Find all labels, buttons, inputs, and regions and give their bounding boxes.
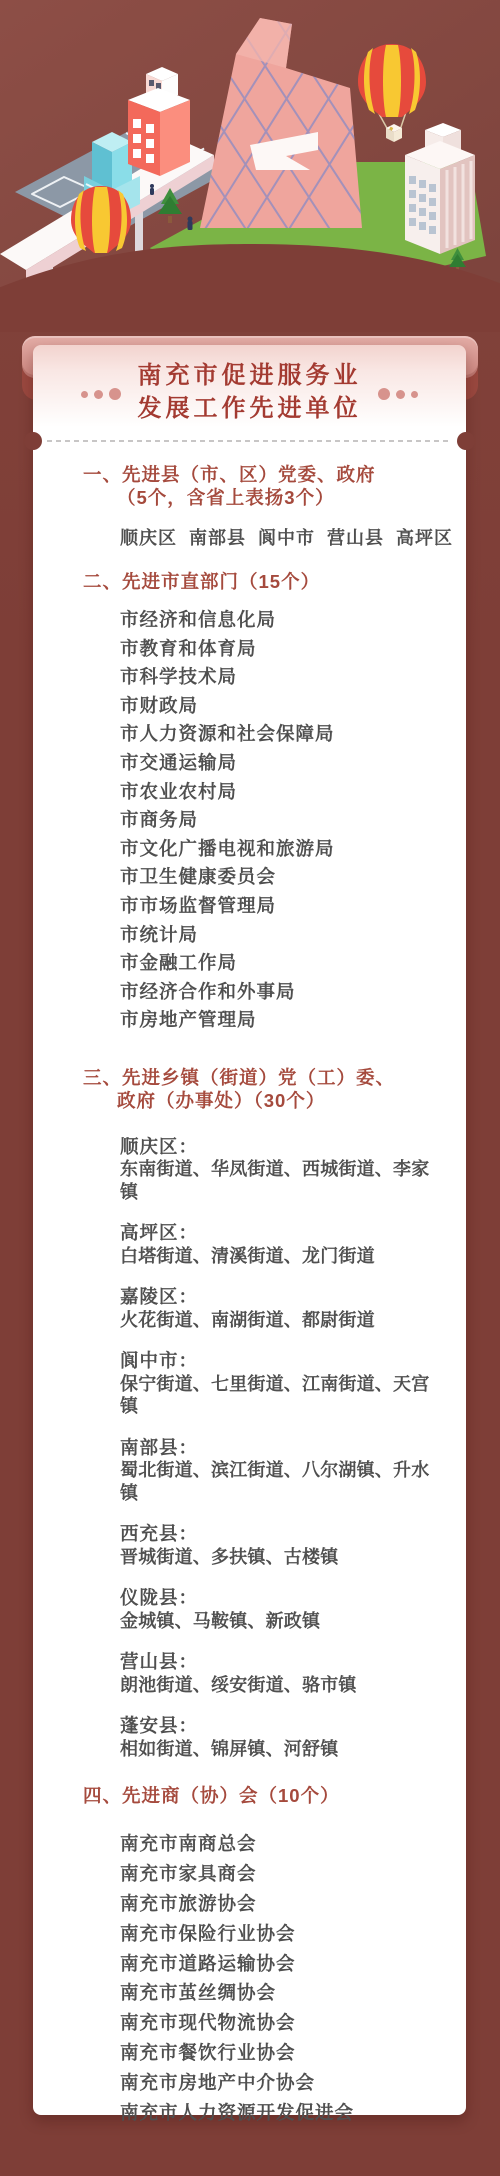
district-group: 高坪区： 白塔街道、清溪街道、龙门街道	[120, 1222, 446, 1267]
district-group: 仪陇县： 金城镇、马鞍镇、新政镇	[120, 1587, 446, 1632]
notch-right	[457, 432, 475, 450]
dot-icon	[378, 388, 390, 400]
list-item: 市财政局	[120, 692, 446, 721]
section-townships: 三、先进乡镇（街道）党（工）委、 政府（办事处）（30个） 顺庆区： 东南街道、…	[33, 1066, 466, 1761]
department-list: 市经济和信息化局 市教育和体育局 市科学技术局 市财政局 市人力资源和社会保障局…	[83, 606, 446, 1035]
perforation-divider	[47, 440, 452, 442]
deco-dots-right	[378, 388, 418, 400]
group-label: 蓬安县：	[120, 1715, 446, 1738]
poster-page: 南充市促进服务业 发展工作先进单位 一、先进县（市、区）党委、政府 （5个，含省…	[0, 0, 500, 2176]
list-item: 市教育和体育局	[120, 635, 446, 664]
list-item: 市科学技术局	[120, 663, 446, 692]
list-item: 市文化广播电视和旅游局	[120, 835, 446, 864]
association-list: 南充市南商总会 南充市家具商会 南充市旅游协会 南充市保险行业协会 南充市道路运…	[83, 1829, 446, 2127]
group-members: 东南街道、华凤街道、西城街道、李家镇	[120, 1158, 446, 1203]
group-label: 嘉陵区：	[120, 1286, 446, 1309]
list-item: 南充市道路运输协会	[120, 1949, 446, 1979]
pedestrian-2	[150, 184, 154, 195]
section-municipal-departments: 二、先进市直部门（15个） 市经济和信息化局 市教育和体育局 市科学技术局 市财…	[33, 570, 466, 1035]
group-members: 相如街道、锦屏镇、河舒镇	[120, 1738, 446, 1761]
hot-air-balloon-left	[71, 186, 131, 253]
list-item: 南充市茧丝绸协会	[120, 1978, 446, 2008]
heading-line-1: 一、先进县（市、区）党委、政府	[83, 463, 446, 486]
pedestrian	[188, 217, 193, 231]
group-members: 朗池街道、绥安街道、骆市镇	[120, 1674, 446, 1697]
list-item: 市交通运输局	[120, 749, 446, 778]
list-item: 市金融工作局	[120, 949, 446, 978]
group-members: 金城镇、马鞍镇、新政镇	[120, 1610, 446, 1633]
list-item: 市经济和信息化局	[120, 606, 446, 635]
group-label: 仪陇县：	[120, 1587, 446, 1610]
hero-illustration	[0, 0, 500, 332]
list-item: 南充市房地产中介协会	[120, 2068, 446, 2098]
dot-icon	[109, 388, 121, 400]
notch-left	[24, 432, 42, 450]
district-group: 嘉陵区： 火花街道、南湖街道、都尉街道	[120, 1286, 446, 1331]
list-item: 南充市餐饮行业协会	[120, 2038, 446, 2068]
group-members: 蜀北街道、滨江街道、八尔湖镇、升水镇	[120, 1459, 446, 1504]
list-item: 南充市保险行业协会	[120, 1919, 446, 1949]
dot-icon	[81, 391, 88, 398]
dot-icon	[411, 391, 418, 398]
group-label: 南部县：	[120, 1437, 446, 1460]
district-group: 顺庆区： 东南街道、华凤街道、西城街道、李家镇	[120, 1136, 446, 1204]
group-label: 顺庆区：	[120, 1136, 446, 1159]
group-label: 营山县：	[120, 1651, 446, 1674]
list-item: 南充市家具商会	[120, 1859, 446, 1889]
section-heading: 四、先进商（协）会（10个）	[83, 1784, 446, 1807]
list-item: 市经济合作和外事局	[120, 978, 446, 1007]
list-item: 市卫生健康委员会	[120, 863, 446, 892]
section-heading: 二、先进市直部门（15个）	[83, 570, 446, 593]
card-header: 南充市促进服务业 发展工作先进单位	[33, 359, 466, 425]
heading-line-1: 三、先进乡镇（街道）党（工）委、	[83, 1066, 446, 1089]
district-group: 营山县： 朗池街道、绥安街道、骆市镇	[120, 1651, 446, 1696]
district-group: 蓬安县： 相如街道、锦屏镇、河舒镇	[120, 1715, 446, 1760]
group-members: 火花街道、南湖街道、都尉街道	[120, 1309, 446, 1332]
list-item: 市市场监督管理局	[120, 892, 446, 921]
deco-dots-left	[81, 388, 121, 400]
district-groups: 顺庆区： 东南街道、华凤街道、西城街道、李家镇 高坪区： 白塔街道、清溪街道、龙…	[120, 1136, 446, 1761]
section-heading: 三、先进乡镇（街道）党（工）委、 政府（办事处）（30个）	[83, 1066, 446, 1112]
list-item: 市人力资源和社会保障局	[120, 720, 446, 749]
district-group: 南部县： 蜀北街道、滨江街道、八尔湖镇、升水镇	[120, 1437, 446, 1505]
list-item: 南充市旅游协会	[120, 1889, 446, 1919]
list-item: 市统计局	[120, 921, 446, 950]
heading-line-2: （5个，含省上表扬3个）	[83, 486, 446, 509]
list-item: 南充市现代物流协会	[120, 2008, 446, 2038]
section-associations: 四、先进商（协）会（10个） 南充市南商总会 南充市家具商会 南充市旅游协会 南…	[33, 1784, 466, 2127]
district-group: 西充县： 晋城街道、多扶镇、古楼镇	[120, 1523, 446, 1568]
district-group: 阆中市： 保宁街道、七里街道、江南街道、天宫镇	[120, 1350, 446, 1418]
group-members: 保宁街道、七里街道、江南街道、天宫镇	[120, 1373, 446, 1418]
heading-line-2: 政府（办事处）（30个）	[83, 1089, 446, 1112]
award-card: 南充市促进服务业 发展工作先进单位 一、先进县（市、区）党委、政府 （5个，含省…	[33, 345, 466, 2115]
list-item: 市商务局	[120, 806, 446, 835]
county-roster: 顺庆区 南部县 阆中市 营山县 高坪区	[120, 527, 446, 550]
group-label: 阆中市：	[120, 1350, 446, 1373]
group-label: 西充县：	[120, 1523, 446, 1546]
group-members: 晋城街道、多扶镇、古楼镇	[120, 1546, 446, 1569]
list-item: 南充市人力资源开发促进会	[120, 2098, 446, 2128]
section-heading: 一、先进县（市、区）党委、政府 （5个，含省上表扬3个）	[83, 463, 446, 509]
dot-icon	[94, 390, 103, 399]
list-item: 市房地产管理局	[120, 1006, 446, 1035]
group-members: 白塔街道、清溪街道、龙门街道	[120, 1245, 446, 1268]
group-label: 高坪区：	[120, 1222, 446, 1245]
section-advanced-counties: 一、先进县（市、区）党委、政府 （5个，含省上表扬3个） 顺庆区 南部县 阆中市…	[33, 463, 466, 550]
dot-icon	[396, 390, 405, 399]
list-item: 南充市南商总会	[120, 1829, 446, 1859]
list-item: 市农业农村局	[120, 778, 446, 807]
